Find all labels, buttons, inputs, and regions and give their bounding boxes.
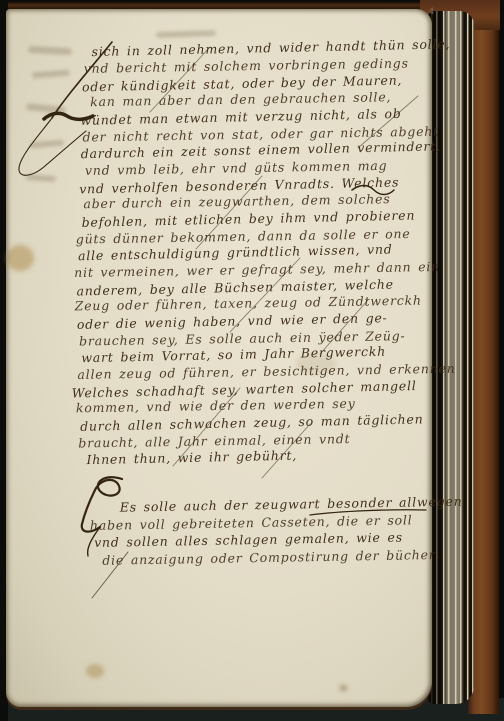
handwriting-paragraph-2: Es solle auch der zeugwart besonder allw… [86,494,427,568]
paper-stain [86,664,104,678]
folio-mark: 4 [429,7,434,16]
paper-stain [6,245,34,271]
ink-bleed-through [28,46,72,55]
ink-bleed-through [30,140,64,149]
book-photo: sich in zoll nehmen, vnd wider handt thü… [0,0,504,721]
ink-bleed-through [32,70,70,79]
cover-top-edge [8,2,470,9]
page-edges-stack [428,11,474,704]
paper-speck [340,685,347,691]
ink-bleed-through [26,174,56,182]
handwriting-paragraph-1: sich in zoll nehmen, vnd wider handt thü… [79,38,434,467]
ink-bleed-through [26,103,67,114]
ink-bleed-through [156,30,216,38]
